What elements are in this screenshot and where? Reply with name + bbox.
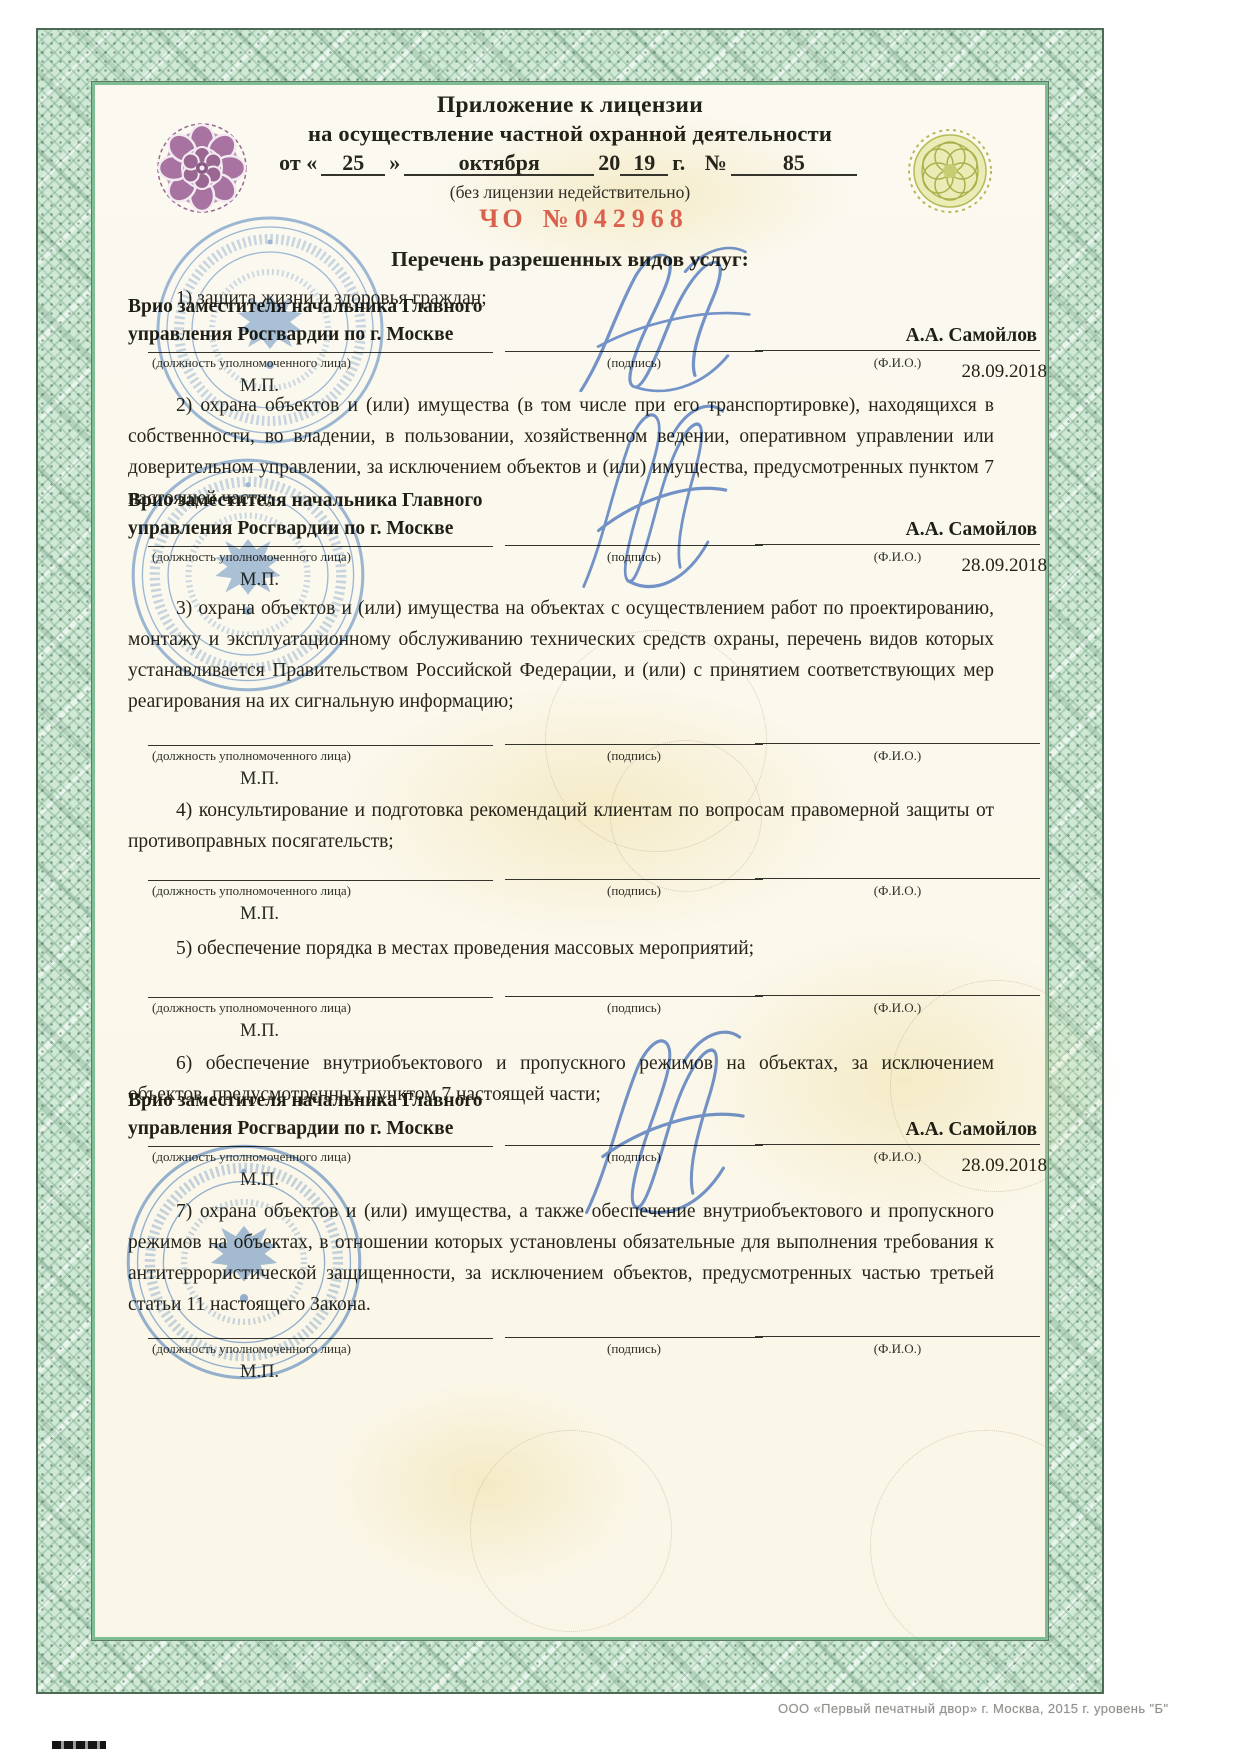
position-label: (должность уполномоченного лица) [152,748,351,764]
date-month: октября [404,151,594,176]
officer-position-line1: Врио заместителя начальника Главного [128,1087,608,1115]
date-year: 19 [620,151,668,176]
sign-label: (подпись) [505,1000,763,1016]
position-line [148,546,493,547]
officer-position-line1: Врио заместителя начальника Главного [128,487,608,515]
service-item-5: 5) обеспечение порядка в местах проведен… [128,933,994,964]
date-century: 20 [598,150,620,175]
position-label: (должность уполномоченного лица) [152,883,351,899]
sign-label: (подпись) [505,1341,763,1357]
position-line [148,880,493,881]
officer-position-line2: управления Росгвардии по г. Москве [128,1115,608,1143]
serial-digits: №042968 [543,204,689,233]
sign-label: (подпись) [505,883,763,899]
stamp-place-label: М.П. [240,769,279,790]
stamp-place-label: М.П. [240,1170,279,1191]
doc-title-line2: на осуществление частной охранной деятел… [90,121,1050,147]
scan-bottom-mark [52,1741,106,1749]
date-year-suffix: г. [672,150,685,175]
position-label: (должность уполномоченного лица) [152,1341,351,1357]
sign-line [505,545,763,546]
position-label: (должность уполномоченного лица) [152,1149,351,1165]
sign-date: 28.09.2018 [755,361,1047,383]
officer-position-line2: управления Росгвардии по г. Москве [128,515,608,543]
validity-note: (без лицензии недействительно) [90,182,1050,203]
position-line [148,1338,493,1339]
position-line [148,352,493,353]
sign-date: 28.09.2018 [755,555,1047,577]
service-item-7: 7) охрана объектов и (или) имущества, а … [128,1196,994,1320]
sign-label: (подпись) [505,549,763,565]
officer-name: А.А. Самойлов [755,325,1041,347]
service-item-3: 3) охрана объектов и (или) имущества на … [128,593,994,717]
fio-label: (Ф.И.О.) [755,1341,1040,1357]
officer-name: А.А. Самойлов [755,519,1041,541]
officer-position: Врио заместителя начальника Главного упр… [128,487,608,543]
position-label: (должность уполномоченного лица) [152,549,351,565]
officer-position-line2: управления Росгвардии по г. Москве [128,321,608,349]
position-label: (должность уполномоченного лица) [152,1000,351,1016]
position-line [148,997,493,998]
serial-series: ЧО [479,204,526,233]
sign-label: (подпись) [505,355,763,371]
date-prefix: от « [279,150,317,175]
doc-date-line: от «25»октября2019г. №85 [90,150,1050,176]
serial-number: ЧО№042968 [104,204,1064,234]
stamp-place-label: М.П. [240,570,279,591]
fio-label: (Ф.И.О.) [755,883,1040,899]
fio-line [755,1336,1040,1337]
doc-title-line1: Приложение к лицензии [90,92,1050,119]
officer-position-line1: Врио заместителя начальника Главного [128,293,608,321]
fio-label: (Ф.И.О.) [755,748,1040,764]
officer-name: А.А. Самойлов [755,1119,1041,1141]
stamp-place-label: М.П. [240,904,279,925]
scan-edge-strip [0,0,642,11]
stamp-place-label: М.П. [240,1021,279,1042]
sign-line [505,1145,763,1146]
section-title: Перечень разрешенных видов услуг: [90,247,1050,272]
officer-position: Врио заместителя начальника Главного упр… [128,293,608,349]
sign-line [505,1337,763,1338]
fio-label: (Ф.И.О.) [755,1000,1040,1016]
position-line [148,1146,493,1147]
number-sign: № [705,150,727,175]
fio-line [755,878,1040,879]
position-label: (должность уполномоченного лица) [152,355,351,371]
sign-line [505,996,763,997]
fio-line [755,995,1040,996]
sign-line [505,744,763,745]
sign-label: (подпись) [505,748,763,764]
printer-note: ООО «Первый печатный двор» г. Москва, 20… [778,1701,1238,1716]
date-close-quote: » [389,150,400,175]
fio-line [755,544,1040,545]
sign-label: (подпись) [505,1149,763,1165]
stamp-place-label: М.П. [240,376,279,397]
license-number: 85 [731,151,857,176]
officer-position: Врио заместителя начальника Главного упр… [128,1087,608,1143]
fio-line [755,1144,1040,1145]
guilloche-border-frame [36,28,1104,1694]
fio-line [755,350,1040,351]
fio-line [755,743,1040,744]
sign-date: 28.09.2018 [755,1155,1047,1177]
stamp-place-label: М.П. [240,1362,279,1383]
service-item-4: 4) консультирование и подготовка рекомен… [128,795,994,857]
sign-line [505,879,763,880]
sign-line [505,351,763,352]
date-day: 25 [321,151,385,176]
position-line [148,745,493,746]
